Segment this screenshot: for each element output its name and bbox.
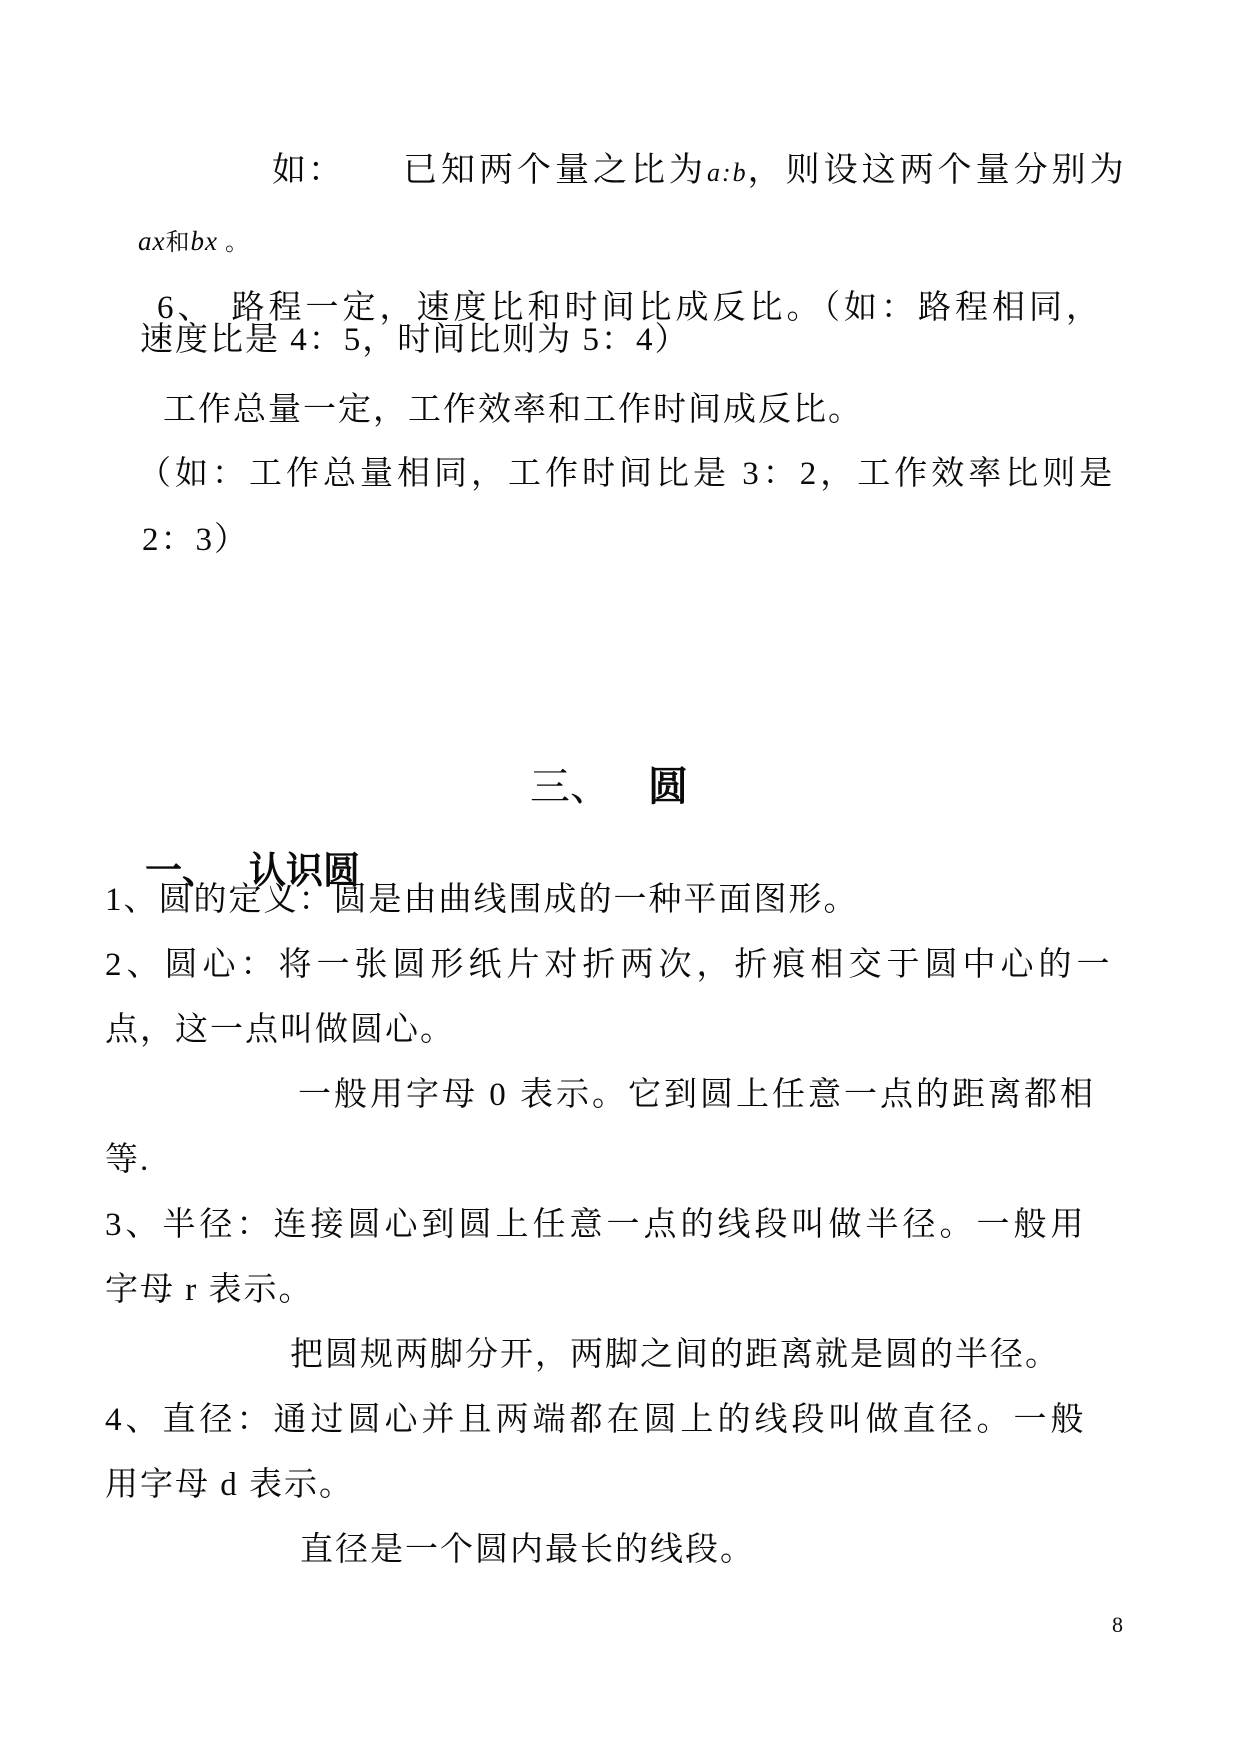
circle-line-definition: 1、圆的定义：圆是由曲线围成的一种平面图形。 xyxy=(105,882,859,920)
item6-text: 路程一定，速度比和时间比成反比。（如：路程相同， xyxy=(232,290,1104,326)
chapter-heading: 三、圆 xyxy=(490,708,688,859)
circle-line-center-1: 2、圆心：将一张圆形纸片对折两次，折痕相交于圆中心的一 xyxy=(105,947,1115,985)
circle-line-radius-1: 3、半径：连接圆心到圆上任意一点的线段叫做半径。一般用 xyxy=(105,1207,1088,1245)
page-number: 8 xyxy=(1112,1612,1123,1638)
ratio-example-text-after-math: ，则设这两个量分别为 xyxy=(748,152,1128,189)
circle-line-radius-2: 字母 r 表示。 xyxy=(105,1272,314,1310)
item6-line4: （如：工作总量相同，工作时间比是 3：2，工作效率比则是 xyxy=(138,456,1116,494)
math-a-colon-b: a:b xyxy=(707,158,748,187)
chapter-title: 圆 xyxy=(648,764,688,809)
ratio-example-text-before-math: 已知两个量之比为 xyxy=(403,152,707,189)
item6-number: 6、 xyxy=(157,290,215,326)
document-page: 如：已知两个量之比为a:b，则设这两个量分别为 ax和bx 。 6、路程一定，速… xyxy=(0,0,1241,1754)
circle-line-diameter-longest: 直径是一个圆内最长的线段。 xyxy=(300,1532,755,1570)
circle-line-center-letter-1: 一般用字母 0 表示。它到圆上任意一点的距离都相 xyxy=(298,1077,1096,1115)
ratio-example-line: 如：已知两个量之比为a:b，则设这两个量分别为 xyxy=(230,112,1128,229)
item6-line2: 速度比是 4：5，时间比则为 5：4） xyxy=(140,322,690,360)
chapter-number: 三、 xyxy=(530,764,610,809)
item6-line3: 工作总量一定，工作效率和工作时间成反比。 xyxy=(163,392,863,430)
ratio-example-lead: 如： xyxy=(272,152,344,189)
item6-line5: 2：3） xyxy=(142,522,249,560)
circle-line-center-2: 点，这一点叫做圆心。 xyxy=(105,1012,455,1050)
circle-line-diameter-1: 4、直径：通过圆心并且两端都在圆上的线段叫做直径。一般 xyxy=(105,1402,1088,1440)
circle-line-compass: 把圆规两脚分开，两脚之间的距离就是圆的半径。 xyxy=(290,1337,1060,1375)
circle-line-diameter-2: 用字母 d 表示。 xyxy=(105,1467,354,1505)
circle-line-center-letter-2: 等. xyxy=(105,1142,150,1180)
